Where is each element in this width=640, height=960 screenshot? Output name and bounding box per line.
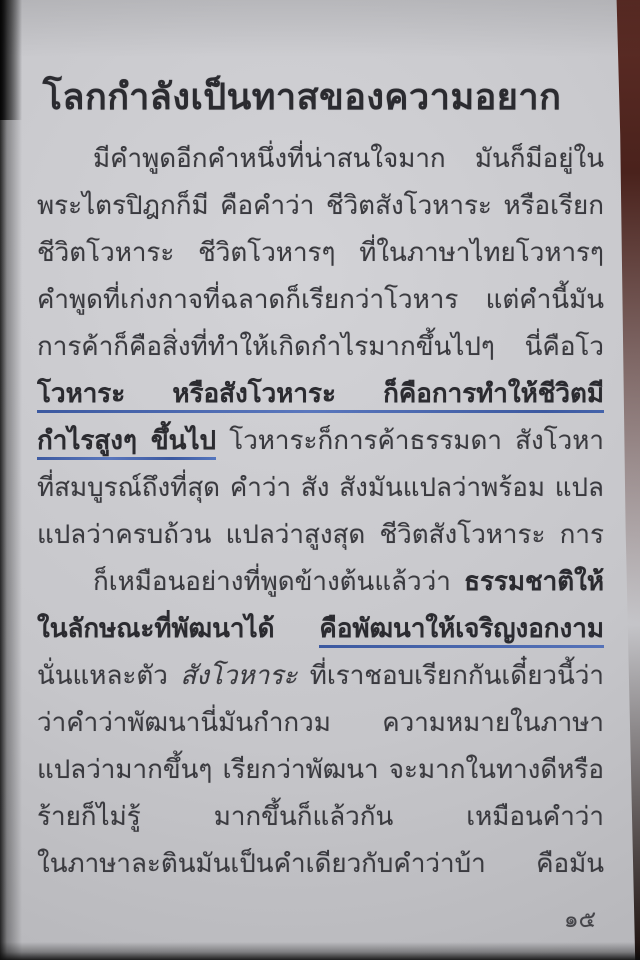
- text-line: การค้าก็คือสิ่งที่ทำให้เกิดกำไรมากขึ้นไป…: [37, 324, 604, 371]
- text-line: กำไรสูงๆ ขึ้นไป โวหาระก็การค้าธรรมดา สัง…: [37, 418, 604, 465]
- text-line: ว่าคำว่าพัฒนานี่มันกำกวม ความหมายในภาษาบ…: [37, 700, 604, 747]
- text-line: คำพูดที่เก่งกาจที่ฉลาดก็เรียกว่าโวหาร แต…: [37, 277, 604, 324]
- text-segment: ในภาษาละตินมันเป็นคำเดียวกับคำว่าบ้า คือ…: [37, 849, 604, 888]
- page-number: ๑๕: [564, 902, 596, 938]
- text-line: นั่นแหละตัว สังโวหาระ ที่เราชอบเรียกกันเ…: [37, 653, 604, 700]
- text-line: แปลว่าครบถ้วน แปลว่าสูงสุด ชีวิตสังโวหาร…: [37, 512, 604, 559]
- text-segment: ชีวิตโวหาระ ชีวิตโวหารๆ ที่ในภาษาไทยโวหา…: [37, 238, 604, 277]
- text-segment: แปลว่าครบถ้วน แปลว่าสูงสุด ชีวิตสังโวหาร…: [37, 520, 604, 559]
- text-line: ก็เหมือนอย่างที่พูดข้างต้นแล้วว่า ธรรมชา…: [37, 559, 604, 606]
- page-bottom-shadow: [0, 942, 640, 960]
- text-segment: มีคำพูดอีกคำหนึ่งที่น่าสนใจมาก มันก็มีอย…: [93, 144, 604, 183]
- text-segment: ในลักษณะที่พัฒนาได้: [37, 614, 319, 644]
- text-line: โวหาระ หรือสังโวหาระ ก็คือการทำให้ชีวิตม…: [37, 371, 604, 418]
- text-segment: ที่สมบูรณ์ถึงที่สุด คำว่า สัง สังมันแปลว…: [37, 473, 604, 512]
- page-title: โลกกำลังเป็นทาสของความอยาก: [18, 68, 586, 125]
- text-line: ที่สมบูรณ์ถึงที่สุด คำว่า สัง สังมันแปลว…: [37, 465, 604, 512]
- text-line: ในภาษาละตินมันเป็นคำเดียวกับคำว่าบ้า คือ…: [37, 841, 604, 888]
- pen-underlined-text: โวหาระ หรือสังโวหาระ ก็คือการทำให้ชีวิตม…: [37, 379, 604, 418]
- book-page-photo: โลกกำลังเป็นทาสของความอยาก มีคำพูดอีกคำห…: [0, 0, 640, 960]
- text-line: ในลักษณะที่พัฒนาได้ คือพัฒนาให้เจริญงอกง…: [37, 606, 604, 653]
- text-line: ร้ายก็ไม่รู้ มากขึ้นก็แล้วกัน เหมือนคำว่…: [37, 794, 604, 841]
- text-segment: แปลว่ามากขึ้นๆ เรียกว่าพัฒนา จะมากในทางด…: [37, 755, 604, 794]
- text-segment: นั่นแหละตัว: [37, 661, 180, 691]
- body-text: มีคำพูดอีกคำหนึ่งที่น่าสนใจมาก มันก็มีอย…: [37, 136, 604, 888]
- text-segment: สังโวหาระ: [180, 661, 297, 691]
- text-segment: ร้ายก็ไม่รู้ มากขึ้นก็แล้วกัน เหมือนคำว่…: [37, 802, 604, 832]
- text-segment: การค้าก็คือสิ่งที่ทำให้เกิดกำไรมากขึ้นไป…: [37, 332, 604, 371]
- text-line: พระไตรปิฎกก็มี คือคำว่า ชีวิตสังโวหาระ ห…: [37, 183, 604, 230]
- text-segment: พระไตรปิฎกก็มี คือคำว่า ชีวิตสังโวหาระ ห…: [37, 191, 604, 230]
- text-segment: ว่าคำว่าพัฒนานี่มันกำกวม ความหมายในภาษาบ…: [37, 708, 604, 747]
- text-segment: ก็เหมือนอย่างที่พูดข้างต้นแล้วว่า: [93, 567, 464, 597]
- pen-underlined-text: กำไรสูงๆ ขึ้นไป: [37, 426, 216, 460]
- page-left-shadow: [0, 0, 26, 960]
- book-backdrop-edge: [610, 0, 640, 960]
- text-line: มีคำพูดอีกคำหนึ่งที่น่าสนใจมาก มันก็มีอย…: [37, 136, 604, 183]
- text-segment: คำพูดที่เก่งกาจที่ฉลาดก็เรียกว่าโวหาร แต…: [37, 285, 604, 324]
- text-line: ชีวิตโวหาระ ชีวิตโวหารๆ ที่ในภาษาไทยโวหา…: [37, 230, 604, 277]
- text-line: แปลว่ามากขึ้นๆ เรียกว่าพัฒนา จะมากในทางด…: [37, 747, 604, 794]
